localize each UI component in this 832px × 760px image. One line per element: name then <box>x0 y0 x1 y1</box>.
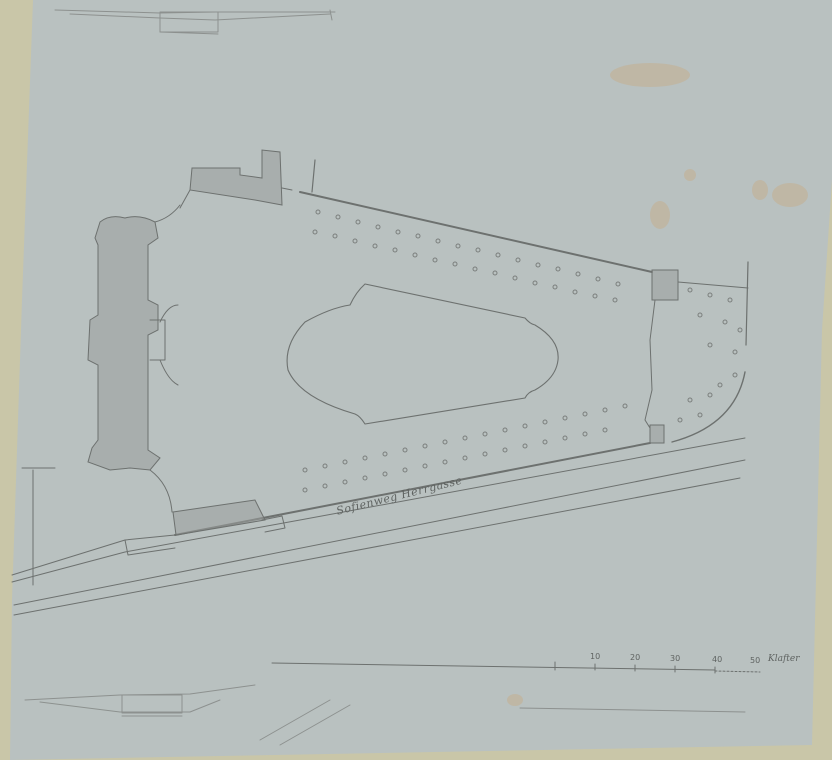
drawing-sheet: Sofienweg Herrgasse 10 20 30 40 50 Klaft… <box>0 0 832 760</box>
scale-tick-20: 20 <box>630 653 640 662</box>
scale-tick-50: 50 <box>750 656 760 665</box>
scale-unit: Klafter <box>768 654 800 664</box>
scale-tick-40: 40 <box>712 655 722 664</box>
scale-tick-10: 10 <box>590 652 600 661</box>
scale-tick-30: 30 <box>670 654 680 663</box>
site-plan-drawing <box>0 0 832 760</box>
east-north-pavilion <box>652 270 678 300</box>
